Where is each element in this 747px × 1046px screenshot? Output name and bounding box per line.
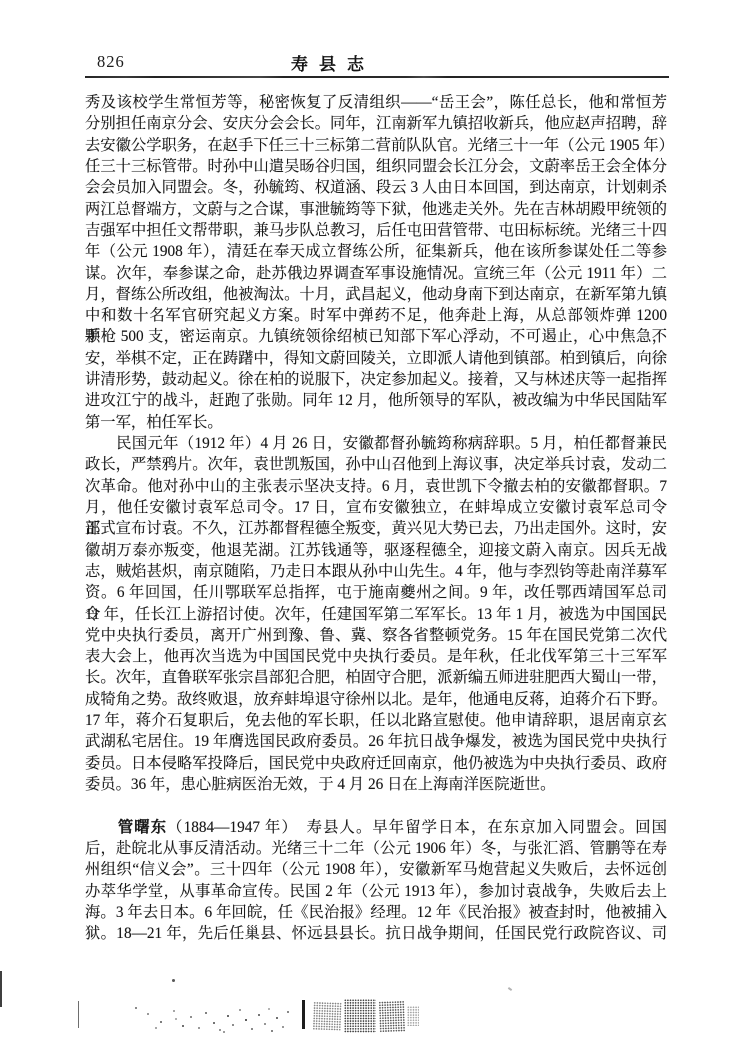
text-line: 委员。36 年，患心脏病医治无效，于 4 月 26 日在上海南洋医院逝世。 [85,774,667,795]
text-line: 17 年，蒋介石复职后，免去他的军长职，任以北路宣慰使。他申请辞职，退居南京玄 [85,710,667,731]
paragraph-gap [85,795,667,816]
text-line: 表大会上，他再次当选为中国国民党中央执行委员。是年秋，任北伐军第三十三军军 [85,646,667,667]
text-line: 武湖私宅居住。19 年膺选国民政府委员。26 年抗日战争爆发，被选为国民党中央执… [85,731,667,752]
scan-dot-artifact [508,987,512,991]
text-line: 讲清形势，鼓动起义。徐在柏的说服下，决定参加起义。接着，又与林述庆等一起指挥 [85,369,667,390]
body-text: 秀及该校学生常恒芳等，秘密恢复了反清组织——“岳王会”，陈任总长，他和常恒芳分别… [85,92,667,945]
text-line: 进攻江宁的战斗，赶跑了张勋。同年 12 月，他所领导的军队，被改编为中华民国陆军 [85,390,667,411]
text-line: 11 年，任长江上游招讨使。次年，任建国军第二军军长。13 年 1 月，被选为中… [85,604,667,625]
text-run: （1884—1947 年） 寿县人。早年留学日本，在东京加入同盟会。回国 [167,819,667,836]
text-line: 志，贼焰甚炽，南京随陷，乃走日本跟从孙中山先生。4 年，他与李烈钧等赴南洋募军 [85,561,667,582]
text-run [85,819,118,836]
text-line: 成犄角之势。敌终败退，放弃蚌埠退守徐州以北。是年，他通电反蒋，迫蒋介石下野。 [85,689,667,710]
text-line: 中和数十名军官研究起义方案。时军中弹药不足，他奔赴上海，从总部领炸弹 1200 … [85,305,667,326]
text-line: 委员。日本侵略军投降后，国民党中央政府迁回南京，他仍被选为中央执行委员、政府 [85,753,667,774]
text-line: 秀及该校学生常恒芳等，秘密恢复了反清组织——“岳王会”，陈任总长，他和常恒芳 [85,92,667,113]
text-line: 去安徽公学职务，在赵手下任三十三标第二营前队队官。光绪三十一年（公元 1905 … [85,135,667,156]
book-title: 寿县志 [291,50,375,75]
text-line: 安，举棋不定，正在踌躇中，得知文蔚回陵关，立即派人请他到镇部。柏到镇后，向徐 [85,348,667,369]
paragraph: 管曙东（1884—1947 年） 寿县人。早年留学日本，在东京加入同盟会。回国后… [85,817,667,945]
text-line: 两江总督端方，文蔚与之合谋，事泄毓筠等下狱，他逃走关外。先在吉林胡殿甲统领的 [85,199,667,220]
text-line: 资。6 年回国，任川鄂联军总指挥，屯于施南夔州之间。9 年，改任鄂西靖国军总司令… [85,582,667,603]
paragraph: 民国元年（1912 年）4 月 26 日，安徽都督孙毓筠称病辞职。5 月，柏任都… [85,433,667,795]
text-line: 政长，严禁鸦片。次年，袁世凯叛国，孙中山召他到上海议事，决定举兵讨袁，发动二 [85,454,667,475]
text-line: 海。3 年去日本。6 年回皖，任《民治报》经理。12 年《民治报》被查封时，他被… [85,902,667,923]
scan-smudge-artifact [313,1002,342,1031]
text-line: 任三十三标管带。时孙中山遣吴旸谷归国，组织同盟会长江分会，文蔚率岳王会全体分 [85,156,667,177]
text-line: 月，督练公所改组，他被淘汰。十月，武昌起义，他动身南下到达南京，在新军第九镇 [85,284,667,305]
scan-smudge-artifact [378,1001,405,1033]
header-rule [85,76,669,78]
text-line: 会会员加入同盟会。冬，孙毓筠、权道涵、段云 3 人由日本回国，到达南京，计划刺杀 [85,177,667,198]
scan-dot-artifact [172,979,175,982]
text-line: 正式宣布讨袁。不久，江苏都督程德全叛变，黄兴见大势已去，乃出走国外。这时，安 [85,518,667,539]
text-line: 分别担任南京分会、安庆分会会长。同年，江南新军九镇招收新兵，他应赵声招聘，辞 [85,113,667,134]
scan-line-artifact [78,1001,79,1028]
text-line: 徽胡万泰亦叛变，他退芜湖。江苏钱通等，驱逐程德全，迎接文蔚入南京。因兵无战 [85,540,667,561]
text-line: 年（公元 1908 年），清廷在奉天成立督练公所，征集新兵，他在该所参谋处任二等… [85,241,667,262]
text-line: 长。次年，直鲁联军张宗昌部犯合肥，柏固守合肥，派新编五师进驻肥西大蜀山一带， [85,667,667,688]
text-line: 管曙东（1884—1947 年） 寿县人。早年留学日本，在东京加入同盟会。回国 [85,817,667,838]
text-line: 民国元年（1912 年）4 月 26 日，安徽都督孙毓筠称病辞职。5 月，柏任都… [85,433,667,454]
text-line: 后，赴皖北从事反清活动。光绪三十二年（公元 1906 年）冬，与张汇滔、管鹏等在… [85,838,667,859]
text-line: 次革命。他对孙中山的主张表示坚决支持。6 月，袁世凯下令撤去柏的安徽都督职。7 [85,476,667,497]
text-line: 第一军，柏任军长。 [85,412,667,433]
text-line: 谋。次年，奉参谋之命，赴苏俄边界调查军事设施情况。宣统三年（公元 1911 年）… [85,263,667,284]
scanned-page: 826 寿县志 秀及该校学生常恒芳等，秘密恢复了反清组织——“岳王会”，陈任总长… [0,0,747,1046]
scan-smudge-artifact [344,999,376,1033]
text-line: 月，他任安徽讨袁军总司令。17 日，宣布安徽独立，在蚌埠成立安徽讨袁军总司令部， [85,497,667,518]
text-line: 州组织“信义会”。三十四年（公元 1908 年），安徽新军马炮营起义失败后，去怀… [85,859,667,880]
text-line: 办萃华学堂，从事革命宣传。民国 2 年（公元 1913 年），参加讨袁战争，失败… [85,881,667,902]
text-line: 狱。18—21 年，先后任巢县、怀远县县长。抗日战争期间，任国民党行政院咨议、司 [85,923,667,944]
scan-bar-artifact [302,1000,305,1029]
scan-edge-artifact [0,971,2,1007]
scan-speckle-artifact [135,1007,137,1009]
scan-smudge-artifact [407,1006,419,1026]
page-number: 826 [97,52,125,72]
text-line: 手枪 500 支，密运南京。九镇统领徐绍桢已知部下军心浮动，不可遏止，心中焦急不 [85,326,667,347]
person-name: 管曙东 [118,819,167,836]
text-line: 吉强军中担任文帮带职，兼马步队总教习，后任屯田营管带、屯田标标统。光绪三十四 [85,220,667,241]
paragraph: 秀及该校学生常恒芳等，秘密恢复了反清组织——“岳王会”，陈任总长，他和常恒芳分别… [85,92,667,433]
text-line: 党中央执行委员，离开广州到豫、鲁、冀、察各省整顿党务。15 年在国民党第二次代 [85,625,667,646]
